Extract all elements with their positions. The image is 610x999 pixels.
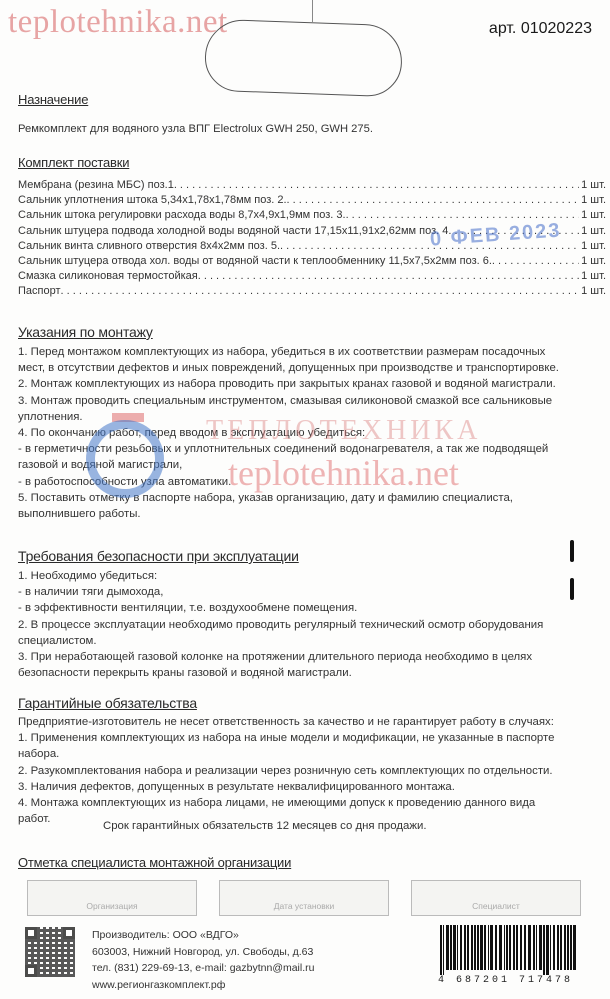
watermark-logo-icon xyxy=(86,420,164,498)
hanger-hole-outline xyxy=(204,19,403,98)
text-line: 3. Монтаж проводить специальным инструме… xyxy=(18,393,608,409)
kit-item: Мембрана (резина МБС) поз.11 шт. xyxy=(18,178,606,193)
kit-item-name: Сальник уплотнения штока 5,34x1,78x1,78м… xyxy=(18,193,287,208)
install-date-label: Дата установки xyxy=(220,901,388,911)
kit-item-qty: 1 шт. xyxy=(579,178,606,193)
purpose-text: Ремкомплект для водяного узла ВПГ Electr… xyxy=(18,121,373,137)
text-line: Предприятие-изготовитель не несет ответс… xyxy=(18,714,608,730)
specialist-label: Специалист xyxy=(412,901,580,911)
text-line: www.регионгазкомплект.рф xyxy=(92,977,314,994)
kit-item: Сальник уплотнения штока 5,34x1,78x1,78м… xyxy=(18,193,606,208)
text-line: 1. Необходимо убедиться: xyxy=(18,568,608,584)
text-line: - в наличии тяги дымохода, xyxy=(18,584,608,600)
kit-item: Сальник штока регулировки расхода воды 8… xyxy=(18,208,606,223)
text-line: выполнившего работы. xyxy=(18,506,608,522)
leader-dots xyxy=(198,269,579,284)
watermark-cyrillic: ТЕПЛОТЕХНИКА xyxy=(206,415,481,447)
organization-label: Организация xyxy=(28,901,196,911)
text-line: - в эффективности вентиляции, т.е. возду… xyxy=(18,600,608,616)
hanger-line xyxy=(312,0,313,22)
organization-field[interactable]: Организация xyxy=(27,880,197,916)
install-date-field[interactable]: Дата установки xyxy=(219,880,389,916)
specialist-field[interactable]: Специалист xyxy=(411,880,581,916)
kit-item-qty: 1 шт. xyxy=(579,239,606,254)
kit-item: Паспорт1 шт. xyxy=(18,284,606,299)
kit-item-qty: 1 шт. xyxy=(579,208,606,223)
kit-item-name: Паспорт xyxy=(18,284,61,299)
kit-item: Смазка силиконовая термостойкая1 шт. xyxy=(18,269,606,284)
text-line: 3. Наличия дефектов, допущенных в резуль… xyxy=(18,779,608,795)
kit-item-qty: 1 шт. xyxy=(579,254,606,269)
text-line: 1. Перед монтажом комплектующих из набор… xyxy=(18,344,608,360)
kit-item-qty: 1 шт. xyxy=(579,224,606,239)
kit-item-name: Сальник штока регулировки расхода воды 8… xyxy=(18,208,346,223)
warranty-term: Срок гарантийных обязательств 12 месяцев… xyxy=(103,818,426,834)
text-line: специалистом. xyxy=(18,633,608,649)
barcode-number: 4 687201 717478 xyxy=(438,975,573,986)
text-line: тел. (831) 229-69-13, e-mail: gazbytnn@m… xyxy=(92,960,314,977)
kit-item-name: Сальник штуцера отвода хол. воды от водя… xyxy=(18,254,492,269)
safety-text: 1. Необходимо убедиться:- в наличии тяги… xyxy=(18,568,608,681)
manufacturer-info: Производитель: ООО «ВДГО»603003, Нижний … xyxy=(92,927,314,993)
barcode xyxy=(436,925,578,975)
text-line: 1. Применения комплектующих из набора на… xyxy=(18,730,608,746)
edge-mark xyxy=(570,578,574,600)
installer-heading: Отметка специалиста монтажной организаци… xyxy=(18,855,291,870)
text-line: Производитель: ООО «ВДГО» xyxy=(92,927,314,944)
text-line: 2. Монтаж комплектующих из набора провод… xyxy=(18,376,608,392)
qr-code xyxy=(25,927,75,977)
text-line: 603003, Нижний Новгород, ул. Свободы, д.… xyxy=(92,944,314,961)
purpose-heading: Назначение xyxy=(18,92,88,107)
leader-dots xyxy=(492,254,579,269)
kit-item-qty: 1 шт. xyxy=(579,269,606,284)
kit-item-name: Сальник винта сливного отверстия 8x4x2мм… xyxy=(18,239,280,254)
text-line: безопасности перекрыть краны газовой и в… xyxy=(18,665,608,681)
warranty-heading: Гарантийные обязательства xyxy=(18,695,197,711)
kit-item-name: Сальник штуцера подвода холодной воды во… xyxy=(18,224,448,239)
kit-item: Сальник штуцера отвода хол. воды от водя… xyxy=(18,254,606,269)
watermark-top: teplotehnika.net xyxy=(8,4,228,41)
text-line: 4. Монтажа комплектующих из набора лицам… xyxy=(18,795,608,811)
text-line: 3. При неработающей газовой колонке на п… xyxy=(18,649,608,665)
kit-item-name: Смазка силиконовая термостойкая xyxy=(18,269,198,284)
text-line: 2. Разукомплектования набора и реализаци… xyxy=(18,763,608,779)
installation-heading: Указания по монтажу xyxy=(18,324,153,340)
kit-item-qty: 1 шт. xyxy=(579,284,606,299)
kit-item-name: Мембрана (резина МБС) поз.1 xyxy=(18,178,174,193)
text-line: мест, в отсутствии дефектов и иных повре… xyxy=(18,360,608,376)
leader-dots xyxy=(174,178,579,193)
text-line: набора. xyxy=(18,746,608,762)
text-line: 2. В процессе эксплуатации необходимо пр… xyxy=(18,617,608,633)
warranty-text: Предприятие-изготовитель не несет ответс… xyxy=(18,714,608,827)
article-number: арт. 01020223 xyxy=(489,20,592,38)
leader-dots xyxy=(287,193,580,208)
safety-heading: Требования безопасности при эксплуатации xyxy=(18,548,299,564)
kit-item-qty: 1 шт. xyxy=(579,193,606,208)
watermark-latin: teplotehnika.net xyxy=(228,452,459,494)
leader-dots xyxy=(61,284,580,299)
edge-mark xyxy=(570,540,574,562)
kit-heading: Комплект поставки xyxy=(18,155,129,170)
